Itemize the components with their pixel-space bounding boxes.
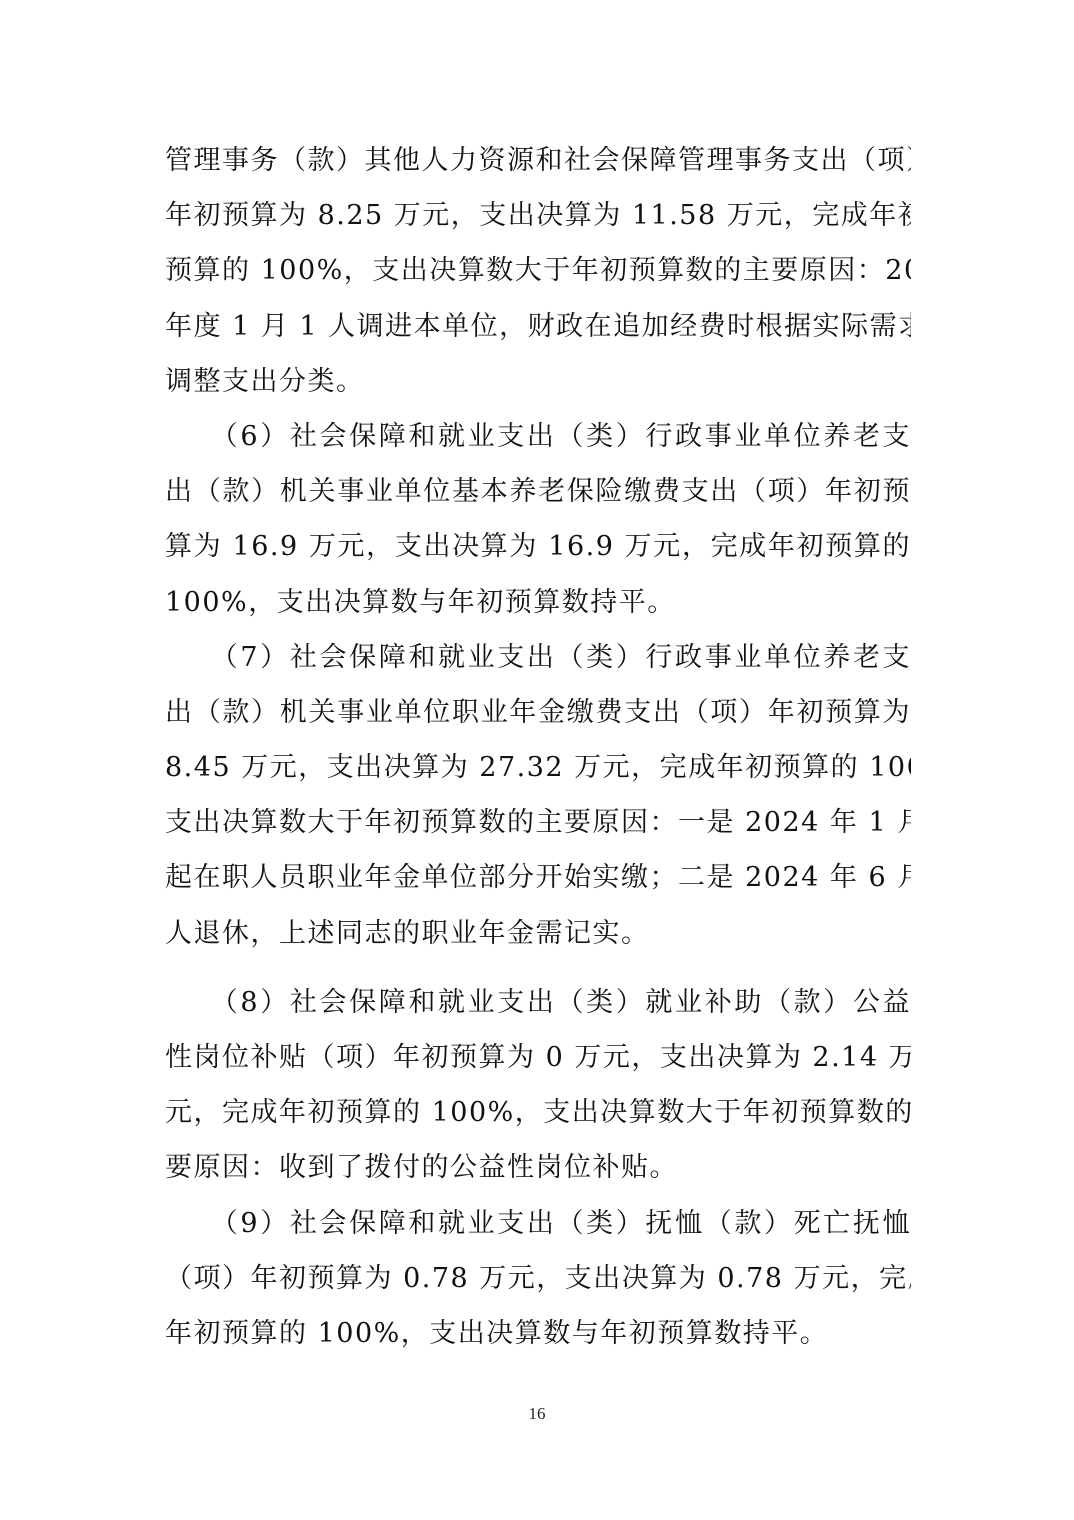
text-line: 年初预算为 8.25 万元，支出决算为 11.58 万元，完成年初 — [165, 188, 911, 243]
text-line: 管理事务（款）其他人力资源和社会保障管理事务支出（项） — [165, 133, 911, 188]
text-line: 算为 16.9 万元，支出决算为 16.9 万元，完成年初预算的 — [165, 519, 911, 574]
paragraph-item-9: （9）社会保障和就业支出（类）抚恤（款）死亡抚恤 （项）年初预算为 0.78 万… — [165, 1196, 911, 1362]
paragraph-item-6: （6）社会保障和就业支出（类）行政事业单位养老支 出（款）机关事业单位基本养老保… — [165, 409, 911, 630]
text-line: 预算的 100%，支出决算数大于年初预算数的主要原因：2024 — [165, 243, 911, 298]
text-line: （9）社会保障和就业支出（类）抚恤（款）死亡抚恤 — [165, 1196, 911, 1251]
text-line: 起在职人员职业年金单位部分开始实缴；二是 2024 年 6 月 1 — [165, 850, 911, 905]
paragraph-continued-item-5: 管理事务（款）其他人力资源和社会保障管理事务支出（项） 年初预算为 8.25 万… — [165, 133, 911, 409]
text-line: 支出决算数大于年初预算数的主要原因：一是 2024 年 1 月 — [165, 795, 911, 850]
paragraph-spacer — [165, 961, 911, 975]
text-line: （8）社会保障和就业支出（类）就业补助（款）公益 — [165, 975, 911, 1030]
paragraph-item-7: （7）社会保障和就业支出（类）行政事业单位养老支 出（款）机关事业单位职业年金缴… — [165, 630, 911, 961]
text-line: 出（款）机关事业单位职业年金缴费支出（项）年初预算为 — [165, 685, 911, 740]
text-line: 要原因：收到了拨付的公益性岗位补贴。 — [165, 1140, 911, 1195]
text-line: 元，完成年初预算的 100%，支出决算数大于年初预算数的主 — [165, 1085, 911, 1140]
text-line: 年度 1 月 1 人调进本单位，财政在追加经费时根据实际需求 — [165, 299, 911, 354]
text-line: 性岗位补贴（项）年初预算为 0 万元，支出决算为 2.14 万 — [165, 1030, 911, 1085]
text-line: 年初预算的 100%，支出决算数与年初预算数持平。 — [165, 1306, 911, 1361]
body-text: 管理事务（款）其他人力资源和社会保障管理事务支出（项） 年初预算为 8.25 万… — [165, 133, 911, 1361]
text-line: 人退休，上述同志的职业年金需记实。 — [165, 906, 911, 961]
text-line: 8.45 万元，支出决算为 27.32 万元，完成年初预算的 100%， — [165, 740, 911, 795]
text-line: （6）社会保障和就业支出（类）行政事业单位养老支 — [165, 409, 911, 464]
text-line: （项）年初预算为 0.78 万元，支出决算为 0.78 万元，完成 — [165, 1251, 911, 1306]
text-line: 100%，支出决算数与年初预算数持平。 — [165, 575, 911, 630]
text-line: 出（款）机关事业单位基本养老保险缴费支出（项）年初预 — [165, 464, 911, 519]
paragraph-item-8: （8）社会保障和就业支出（类）就业补助（款）公益 性岗位补贴（项）年初预算为 0… — [165, 975, 911, 1196]
text-line: （7）社会保障和就业支出（类）行政事业单位养老支 — [165, 630, 911, 685]
text-line: 调整支出分类。 — [165, 354, 911, 409]
page-number: 16 — [0, 1404, 1074, 1424]
document-page: 管理事务（款）其他人力资源和社会保障管理事务支出（项） 年初预算为 8.25 万… — [0, 0, 1074, 1520]
